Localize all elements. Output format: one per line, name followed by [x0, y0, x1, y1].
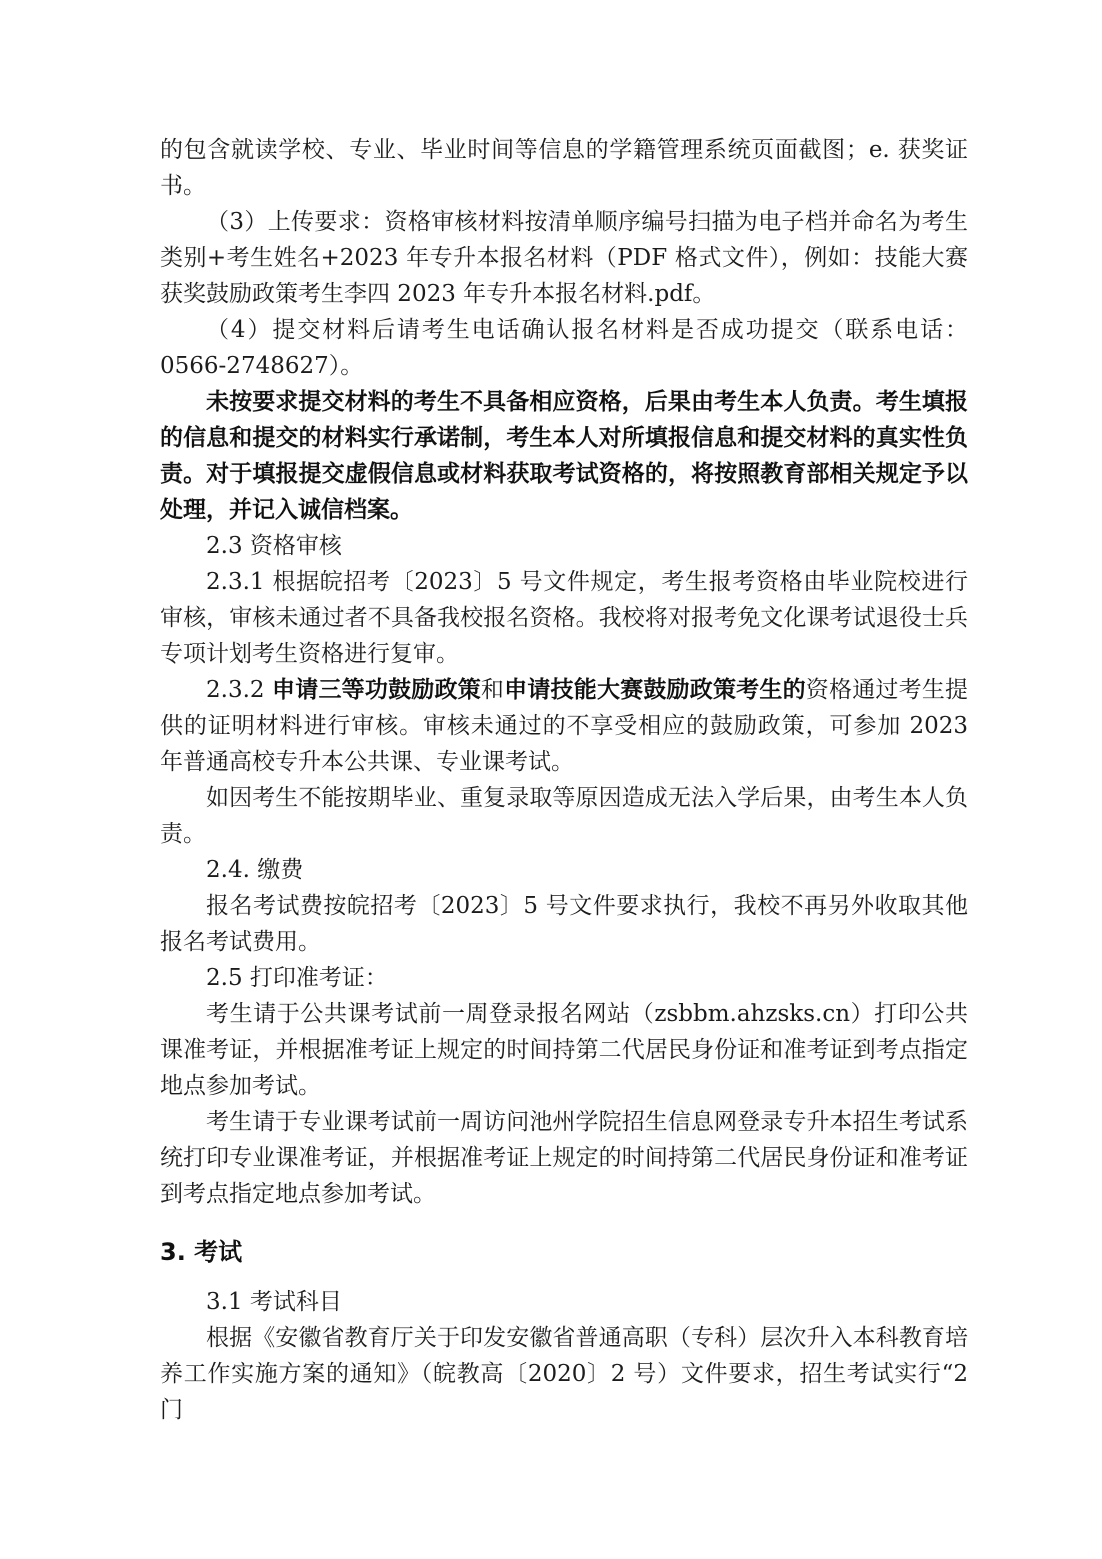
- section-heading: 3. 考试: [160, 1234, 968, 1270]
- paragraph: 如因考生不能按期毕业、重复录取等原因造成无法入学后果，由考生本人负责。: [160, 780, 968, 852]
- text-run: 的包含就读学校、专业、毕业时间等信息的学籍管理系统页面截图；e. 获奖证书。: [160, 137, 968, 199]
- document-page: 的包含就读学校、专业、毕业时间等信息的学籍管理系统页面截图；e. 获奖证书。（3…: [0, 0, 1102, 1559]
- paragraph: 2.4. 缴费: [160, 852, 968, 888]
- bold-text-run: 3. 考试: [160, 1238, 242, 1266]
- text-run: 2.4. 缴费: [206, 857, 303, 883]
- paragraph: 考生请于专业课考试前一周访问池州学院招生信息网登录专升本招生考试系统打印专业课准…: [160, 1104, 968, 1212]
- paragraph: 考生请于公共课考试前一周登录报名网站（zsbbm.ahzsks.cn）打印公共课…: [160, 996, 968, 1104]
- paragraph: （3）上传要求：资格审核材料按清单顺序编号扫描为电子档并命名为考生类别+考生姓名…: [160, 204, 968, 312]
- bold-text-run: 申请三等功鼓励政策: [272, 677, 481, 703]
- paragraph: 2.3.1 根据皖招考〔2023〕5 号文件规定，考生报考资格由毕业院校进行审核…: [160, 564, 968, 672]
- paragraph: 2.3.2 申请三等功鼓励政策和申请技能大赛鼓励政策考生的资格通过考生提供的证明…: [160, 672, 968, 780]
- text-run: （4）提交材料后请考生电话确认报名材料是否成功提交（联系电话：0566-2748…: [160, 317, 968, 379]
- paragraph: （4）提交材料后请考生电话确认报名材料是否成功提交（联系电话：0566-2748…: [160, 312, 968, 384]
- document-content: 的包含就读学校、专业、毕业时间等信息的学籍管理系统页面截图；e. 获奖证书。（3…: [160, 132, 968, 1428]
- paragraph: 根据《安徽省教育厅关于印发安徽省普通高职（专科）层次升入本科教育培养工作实施方案…: [160, 1320, 968, 1428]
- text-run: 2.3 资格审核: [206, 533, 342, 559]
- text-run: 和: [481, 677, 504, 703]
- bold-text-run: 申请技能大赛鼓励政策考生的: [504, 677, 806, 703]
- bold-text-run: 未按要求提交材料的考生不具备相应资格，后果由考生本人负责。考生填报的信息和提交的…: [160, 389, 968, 523]
- paragraph: 2.5 打印准考证：: [160, 960, 968, 996]
- paragraph: 2.3 资格审核: [160, 528, 968, 564]
- text-run: 报名考试费按皖招考〔2023〕5 号文件要求执行，我校不再另外收取其他报名考试费…: [160, 893, 968, 955]
- text-run: 根据《安徽省教育厅关于印发安徽省普通高职（专科）层次升入本科教育培养工作实施方案…: [160, 1325, 968, 1423]
- text-run: （3）上传要求：资格审核材料按清单顺序编号扫描为电子档并命名为考生类别+考生姓名…: [160, 209, 968, 307]
- text-run: 考生请于公共课考试前一周登录报名网站（zsbbm.ahzsks.cn）打印公共课…: [160, 1001, 968, 1099]
- text-run: 考生请于专业课考试前一周访问池州学院招生信息网登录专升本招生考试系统打印专业课准…: [160, 1109, 968, 1207]
- text-run: 2.3.1 根据皖招考〔2023〕5 号文件规定，考生报考资格由毕业院校进行审核…: [160, 569, 968, 667]
- text-run: 2.5 打印准考证：: [206, 965, 388, 991]
- paragraph: 未按要求提交材料的考生不具备相应资格，后果由考生本人负责。考生填报的信息和提交的…: [160, 384, 968, 528]
- paragraph: 的包含就读学校、专业、毕业时间等信息的学籍管理系统页面截图；e. 获奖证书。: [160, 132, 968, 204]
- text-run: 如因考生不能按期毕业、重复录取等原因造成无法入学后果，由考生本人负责。: [160, 785, 968, 847]
- paragraph: 3.1 考试科目: [160, 1284, 968, 1320]
- paragraph: 报名考试费按皖招考〔2023〕5 号文件要求执行，我校不再另外收取其他报名考试费…: [160, 888, 968, 960]
- text-run: 2.3.2: [206, 677, 272, 703]
- text-run: 3.1 考试科目: [206, 1289, 342, 1315]
